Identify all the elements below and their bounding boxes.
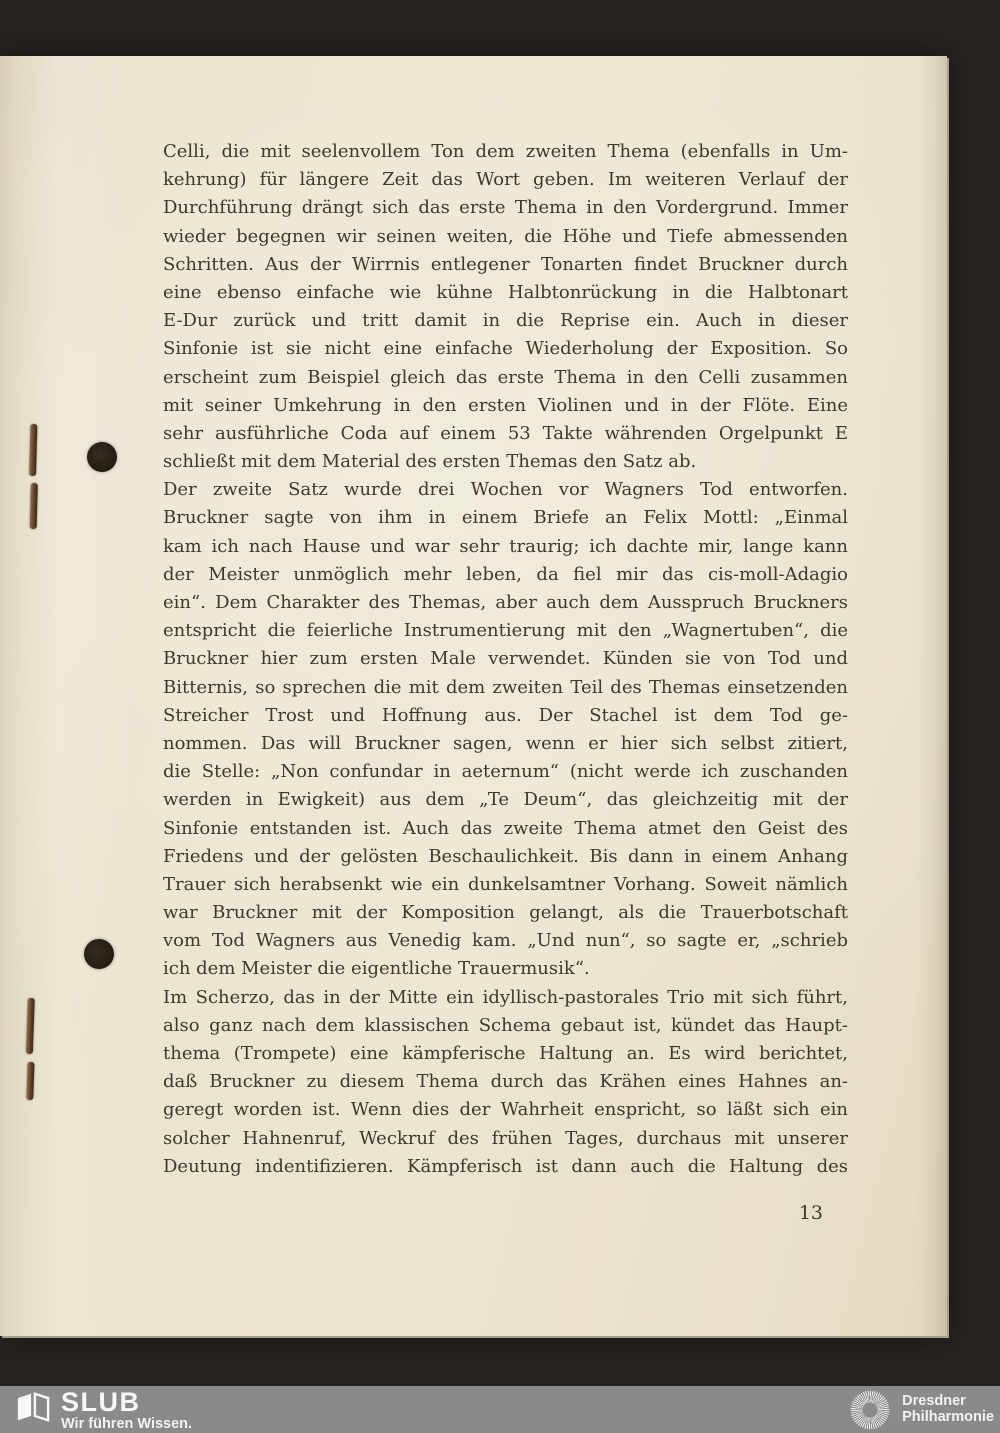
partner-name-line2: Philharmonie — [902, 1410, 994, 1426]
text-line: kam ich nach Hause und war sehr traurig;… — [163, 533, 848, 561]
text-line: Sinfonie entstanden ist. Auch das zweite… — [163, 815, 848, 843]
staple-segment — [26, 1062, 34, 1100]
text-line: entspricht die feierliche Instrumentieru… — [163, 617, 848, 645]
staple-segment — [30, 483, 38, 529]
text-line: daß Bruckner zu diesem Thema durch das K… — [163, 1068, 848, 1096]
text-line: sehr ausführliche Coda auf einem 53 Takt… — [163, 420, 848, 448]
text-line: die Stelle: „Non confundar in aeternum“ … — [163, 758, 848, 786]
page-text-block: Celli, die mit seelenvollem Ton dem zwei… — [163, 138, 848, 1181]
text-line: Der zweite Satz wurde drei Wochen vor Wa… — [163, 476, 848, 504]
text-line: wieder begegnen wir seinen weiten, die H… — [163, 223, 848, 251]
open-book-icon — [16, 1392, 50, 1423]
punch-hole-bottom — [84, 939, 114, 969]
text-line: Im Scherzo, das in der Mitte ein idyllis… — [163, 984, 848, 1012]
slub-logo: SLUB Wir führen Wissen. — [16, 1390, 192, 1432]
text-line: Trauer sich herabsenkt wie ein dunkelsam… — [163, 871, 848, 899]
text-line: also ganz nach dem klassischen Schema ge… — [163, 1012, 848, 1040]
text-line: Schritten. Aus der Wirrnis entlegener To… — [163, 251, 848, 279]
text-line: E-Dur zurück und tritt damit in die Repr… — [163, 307, 848, 335]
staple-mark-bottom — [24, 998, 38, 1100]
partner-wordmark: Dresdner Philharmonie — [902, 1394, 994, 1425]
text-line: Friedens und der gelösten Beschaulichkei… — [163, 843, 848, 871]
partner-name-line1: Dresdner — [902, 1394, 994, 1410]
staple-segment — [26, 998, 35, 1054]
dresdner-philharmonie-logo: Dresdner Philharmonie — [850, 1386, 994, 1433]
viewer-footer-bar: SLUB Wir führen Wissen. Dresdner Philhar… — [0, 1386, 1000, 1433]
text-line: der Meister unmöglich mehr leben, da fie… — [163, 561, 848, 589]
slub-tagline: Wir führen Wissen. — [61, 1416, 192, 1432]
text-line: Durchführung drängt sich das erste Thema… — [163, 194, 848, 222]
text-line: thema (Trompete) eine kämpferische Haltu… — [163, 1040, 848, 1068]
text-line: eine ebenso einfache wie kühne Halbtonrü… — [163, 279, 848, 307]
sunburst-icon — [850, 1390, 890, 1430]
text-line: geregt worden ist. Wenn dies der Wahrhei… — [163, 1096, 848, 1124]
text-line: Bruckner hier zum ersten Male verwendet.… — [163, 645, 848, 673]
punch-hole-top — [87, 442, 117, 472]
text-line: solcher Hahnenruf, Weckruf des frühen Ta… — [163, 1125, 848, 1153]
staple-segment — [29, 424, 37, 476]
text-line: Sinfonie ist sie nicht eine einfache Wie… — [163, 335, 848, 363]
text-line: Deutung indentifizieren. Kämpferisch ist… — [163, 1153, 848, 1181]
text-line: Bruckner sagte von ihm in einem Briefe a… — [163, 504, 848, 532]
text-line: Bitternis, so sprechen die mit dem zweit… — [163, 674, 848, 702]
text-line: kehrung) für längere Zeit das Wort geben… — [163, 166, 848, 194]
staple-mark-top — [28, 424, 41, 529]
text-line: Streicher Trost und Hoffnung aus. Der St… — [163, 702, 848, 730]
text-line: schließt mit dem Material des ersten The… — [163, 448, 848, 476]
page-number: 13 — [163, 1202, 823, 1224]
text-line: ein“. Dem Charakter des Themas, aber auc… — [163, 589, 848, 617]
text-line: erscheint zum Beispiel gleich das erste … — [163, 364, 848, 392]
text-line: mit seiner Umkehrung in den ersten Violi… — [163, 392, 848, 420]
text-line: werden in Ewigkeit) aus dem „Te Deum“, d… — [163, 786, 848, 814]
scanned-page: Celli, die mit seelenvollem Ton dem zwei… — [0, 56, 947, 1336]
text-line: ich dem Meister die eigentliche Trauermu… — [163, 955, 848, 983]
text-line: war Bruckner mit der Komposition gelangt… — [163, 899, 848, 927]
text-line: vom Tod Wagners aus Venedig kam. „Und nu… — [163, 927, 848, 955]
slub-wordmark: SLUB Wir führen Wissen. — [61, 1390, 192, 1432]
text-line: Celli, die mit seelenvollem Ton dem zwei… — [163, 138, 848, 166]
slub-name: SLUB — [61, 1390, 192, 1415]
text-line: nommen. Das will Bruckner sagen, wenn er… — [163, 730, 848, 758]
